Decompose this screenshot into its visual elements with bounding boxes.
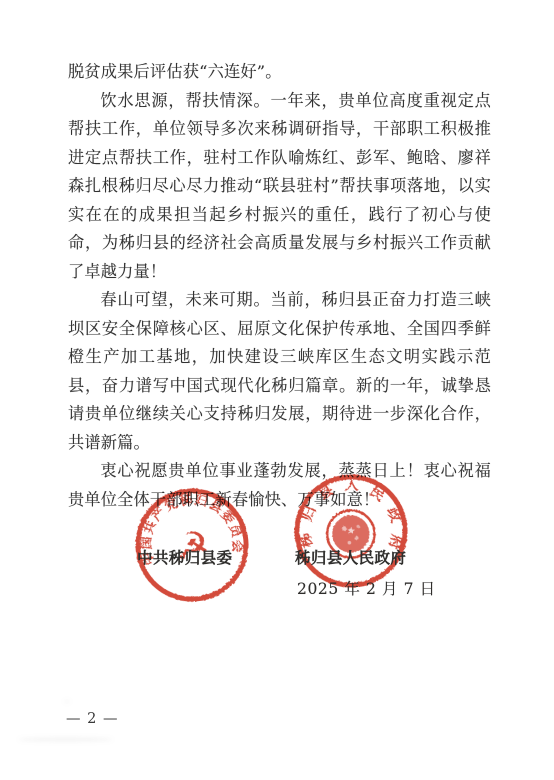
party-committee-seal: 中国共产党秭归县委员会 ☭ [133,486,251,604]
party-committee-signature: 中共秭归县委 [137,546,232,568]
letter-body: 脱贫成果后评估获“六连好”。 饮水思源，帮扶情深。一年来，贵单位高度重视定点帮扶… [68,58,491,514]
paragraph-thanks: 饮水思源，帮扶情深。一年来，贵单位高度重视定点帮扶工作，单位领导多次来秭调研指导… [68,87,491,287]
scan-smudge [18,737,113,742]
government-seal-graphic: 秭归县人民政府 ★ [292,472,410,590]
document-page: 脱贫成果后评估获“六连好”。 饮水思源，帮扶情深。一年来，贵单位高度重视定点帮扶… [0,0,554,780]
paragraph-outlook: 春山可望，未来可期。当前，秭归县正奋力打造三峡坝区安全保障核心区、屈原文化保护传… [68,286,491,457]
page-number: — 2 — [66,711,118,727]
government-signature: 秭归县人民政府 [295,546,406,568]
party-committee-seal-graphic: 中国共产党秭归县委员会 ☭ [133,486,251,604]
paragraph-continuation: 脱贫成果后评估获“六连好”。 [68,58,491,87]
signature-date: 2025 年 2 月 7 日 [297,577,436,599]
svg-text:★: ★ [346,526,356,537]
paragraph-wishes: 衷心祝愿贵单位事业蓬勃发展，蒸蒸日上！衷心祝福贵单位全体干部职工新春愉快、万事如… [68,457,491,514]
scan-smudge [64,700,70,703]
government-seal: 秭归县人民政府 ★ [292,472,410,590]
